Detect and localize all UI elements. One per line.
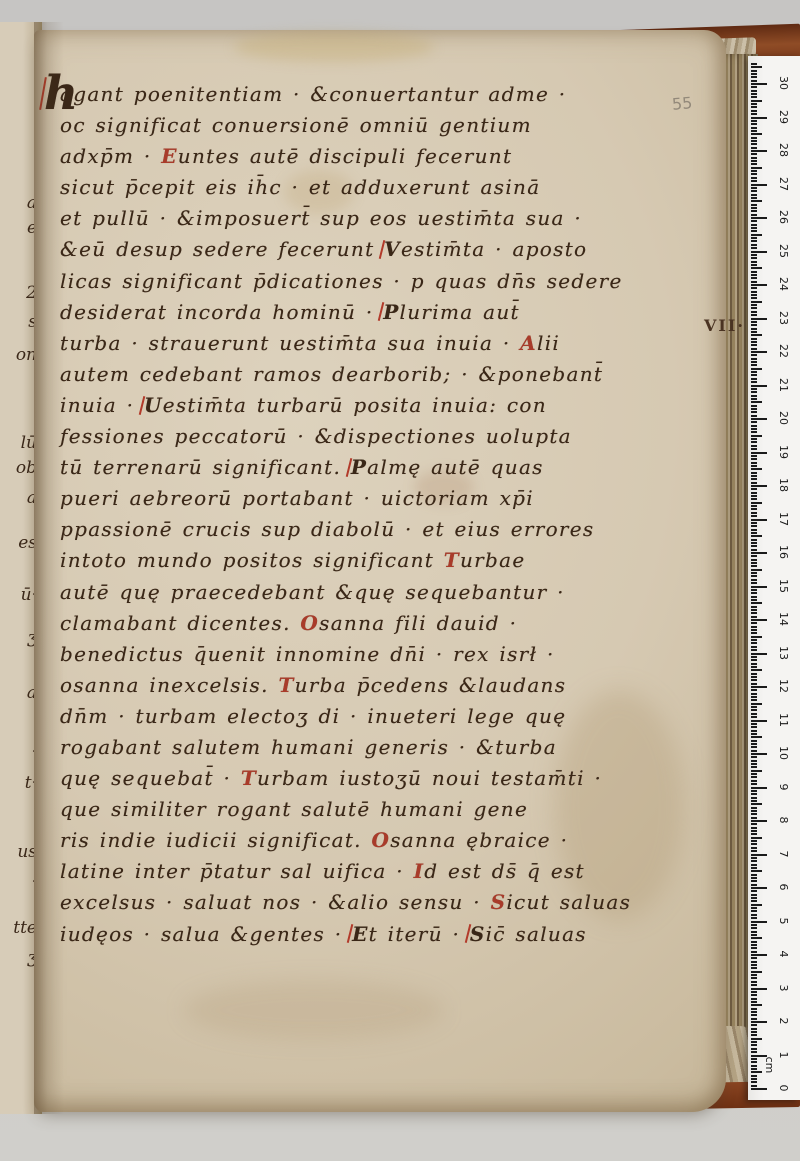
ruler-tick bbox=[751, 897, 757, 899]
ruler-tick bbox=[751, 833, 757, 835]
ruler-tick bbox=[751, 90, 757, 92]
ruler-tick bbox=[751, 693, 757, 695]
ruler-number: 6 bbox=[778, 877, 790, 897]
ruler-tick bbox=[751, 495, 757, 497]
ruler-number: 29 bbox=[778, 107, 790, 127]
ruler-tick bbox=[751, 435, 762, 437]
line-text: &eū desup sedere fecerunt bbox=[60, 237, 384, 261]
ruler-tick bbox=[751, 957, 757, 959]
ruler-tick bbox=[751, 498, 757, 500]
ruler-tick bbox=[751, 525, 757, 527]
line-text: estim̄ta turbarū posita inuia: con bbox=[163, 393, 547, 417]
ruler-tick bbox=[751, 562, 757, 564]
ruler-tick bbox=[751, 160, 757, 162]
ruler-tick bbox=[751, 730, 757, 732]
ruler-number: 8 bbox=[778, 810, 790, 830]
ruler-number: 16 bbox=[778, 542, 790, 562]
ruler-tick bbox=[751, 291, 757, 293]
line-text: osanna inexcelsis. bbox=[60, 673, 278, 697]
ruler-tick bbox=[751, 438, 757, 440]
ruler-tick bbox=[751, 726, 757, 728]
text-block: h agant poenitentiam · &conuertantur adm… bbox=[60, 79, 626, 950]
ruler-tick bbox=[751, 910, 757, 912]
ruler-tick bbox=[751, 877, 757, 879]
ruler-tick bbox=[751, 1071, 762, 1073]
ruler-tick bbox=[751, 589, 757, 591]
line-text: sanna ębraice · bbox=[390, 828, 568, 852]
ruler-tick bbox=[751, 1021, 767, 1023]
ruler-tick bbox=[751, 452, 767, 454]
ruler-tick bbox=[751, 522, 757, 524]
ruler-tick bbox=[751, 716, 757, 718]
ruler-tick bbox=[751, 880, 757, 882]
ruler-tick bbox=[751, 612, 757, 614]
manuscript-line: tū terrenarū significant. Palmę autē qua… bbox=[60, 452, 626, 483]
ruler-tick bbox=[751, 103, 757, 105]
ruler-tick bbox=[751, 967, 757, 969]
ruler-tick bbox=[751, 773, 757, 775]
ruler-tick bbox=[751, 599, 757, 601]
line-text: sicut p̄cepit eis ih̄c · et adduxerunt a… bbox=[60, 175, 540, 199]
line-text: sanna fili dauid · bbox=[319, 611, 517, 635]
line-text: et pullū · &imposuert̄ sup eos uestim̄ta… bbox=[60, 206, 582, 230]
ruler-tick bbox=[751, 465, 757, 467]
ruler-tick bbox=[751, 596, 757, 598]
ruler-tick bbox=[751, 318, 767, 320]
ruler-tick bbox=[751, 941, 757, 943]
ruler-tick bbox=[751, 472, 757, 474]
ruler-tick bbox=[751, 1001, 757, 1003]
ruler-tick bbox=[751, 907, 757, 909]
ruler-tick bbox=[751, 927, 757, 929]
ruler-tick bbox=[751, 230, 757, 232]
ruler-tick bbox=[751, 837, 762, 839]
ruler-number: 30 bbox=[778, 73, 790, 93]
ruler-tick bbox=[751, 220, 757, 222]
ruler-tick bbox=[751, 294, 757, 296]
ruler-tick bbox=[751, 93, 757, 95]
ruler-tick bbox=[751, 167, 762, 169]
ruler-tick bbox=[751, 917, 757, 919]
ruler-tick bbox=[751, 304, 757, 306]
ruler-tick bbox=[751, 428, 757, 430]
ruler-tick bbox=[751, 482, 757, 484]
manuscript-line: oc significat conuersionē omniū gentium bbox=[60, 110, 626, 141]
ruler-tick bbox=[751, 324, 757, 326]
ruler-tick bbox=[751, 642, 757, 644]
ruler-tick bbox=[751, 374, 757, 376]
ruler-tick bbox=[751, 1041, 757, 1043]
ruler-tick bbox=[751, 398, 757, 400]
manuscript-line: &eū desup sedere fecerunt Vestim̄ta · ap… bbox=[60, 234, 626, 265]
ruler-tick bbox=[751, 770, 762, 772]
ruler-number: 19 bbox=[778, 442, 790, 462]
ruler-tick bbox=[751, 1068, 757, 1070]
ruler-tick bbox=[751, 626, 757, 628]
ruler-tick bbox=[751, 870, 762, 872]
ruler-tick bbox=[751, 405, 757, 407]
ruler-tick bbox=[751, 1031, 757, 1033]
ruler-tick bbox=[751, 535, 762, 537]
line-text: oc significat conuersionē omniū gentium bbox=[60, 113, 532, 137]
ruler-tick bbox=[751, 699, 757, 701]
ruler-tick bbox=[751, 1078, 757, 1080]
ruler-tick bbox=[751, 1034, 757, 1036]
ruler-tick bbox=[751, 368, 762, 370]
ruler-number: 20 bbox=[778, 408, 790, 428]
rubricated-initial: V bbox=[384, 234, 401, 265]
ruler-tick bbox=[751, 254, 757, 256]
line-text: rogabant salutem humani generis · &turba bbox=[60, 735, 557, 759]
line-text: licas significant p̄dicationes · p quas … bbox=[60, 269, 623, 293]
line-text: ris indie iudicii significat. bbox=[60, 828, 372, 852]
ruler-tick bbox=[751, 1048, 757, 1050]
ruler-tick bbox=[751, 361, 757, 363]
ruler-tick bbox=[751, 150, 767, 152]
ruler-tick bbox=[751, 944, 757, 946]
ruler-tick bbox=[751, 857, 757, 859]
manuscript-line: clamabant dicentes. Osanna fili dauid · bbox=[60, 608, 626, 639]
rubricated-initial: U bbox=[144, 390, 163, 421]
ruler-tick bbox=[751, 63, 757, 65]
ruler-tick bbox=[751, 207, 757, 209]
ruler-tick bbox=[751, 468, 762, 470]
ruler-tick bbox=[751, 66, 762, 68]
ruler-tick bbox=[751, 803, 762, 805]
ruler-tick bbox=[751, 914, 757, 916]
ruler-tick bbox=[751, 549, 757, 551]
ruler-tick bbox=[751, 163, 757, 165]
line-text: dn̄m · turbam electoʒ di · inueteri lege… bbox=[60, 704, 566, 728]
ruler-tick bbox=[751, 676, 757, 678]
ruler-tick bbox=[751, 787, 767, 789]
line-text: quę sequebat̄ · bbox=[60, 766, 241, 790]
ruler-tick bbox=[751, 1038, 762, 1040]
ruler-tick bbox=[751, 579, 757, 581]
ruler-tick bbox=[751, 271, 757, 273]
ruler-tick bbox=[751, 458, 757, 460]
ruler-tick bbox=[751, 385, 767, 387]
ruler-tick bbox=[751, 251, 767, 253]
ruler-tick bbox=[751, 1065, 757, 1067]
manuscript-line: autem cedebant ramos dearborib; · &poneb… bbox=[60, 359, 626, 390]
ruler-tick bbox=[751, 227, 757, 229]
manuscript-line: osanna inexcelsis. Turba p̄cedens &lauda… bbox=[60, 670, 626, 701]
ruler-tick bbox=[751, 274, 757, 276]
manuscript-line: benedictus q̄uenit innomine dn̄i · rex i… bbox=[60, 639, 626, 670]
ruler-tick bbox=[751, 552, 767, 554]
ruler-tick bbox=[751, 542, 757, 544]
ruler-tick bbox=[751, 425, 757, 427]
ruler-tick bbox=[751, 555, 757, 557]
rubricated-initial: T bbox=[444, 545, 460, 576]
ruler-tick bbox=[751, 703, 762, 705]
ruler-tick bbox=[751, 1088, 767, 1090]
ruler-tick bbox=[751, 689, 757, 691]
ruler-number: 12 bbox=[778, 676, 790, 696]
ruler-number: 0 bbox=[778, 1078, 790, 1098]
ruler-tick bbox=[751, 70, 757, 72]
manuscript-line: autē quę praecedebant &quę sequebantur · bbox=[60, 577, 626, 608]
line-text: icut saluas bbox=[506, 890, 631, 914]
line-text: latine inter p̄tatur sal uifica · bbox=[60, 859, 414, 883]
line-text: autem cedebant ramos dearborib; · &poneb… bbox=[60, 362, 603, 386]
rubricated-initial: S bbox=[491, 887, 507, 918]
ruler-tick bbox=[751, 391, 757, 393]
ruler-tick bbox=[751, 971, 762, 973]
ruler-tick bbox=[751, 649, 757, 651]
manuscript-line: excelsus · saluat nos · &alio sensu · Si… bbox=[60, 887, 626, 918]
ruler-tick bbox=[751, 776, 757, 778]
ruler-tick bbox=[751, 267, 762, 269]
ruler-tick bbox=[751, 890, 757, 892]
ruler-tick bbox=[751, 780, 757, 782]
ruler-tick bbox=[751, 113, 757, 115]
ruler-tick bbox=[751, 170, 757, 172]
ruler-number: 7 bbox=[778, 844, 790, 864]
ruler-tick bbox=[751, 783, 757, 785]
manuscript-line: intoto mundo positos significant Turbae bbox=[60, 545, 626, 576]
ruler-tick bbox=[751, 133, 762, 135]
rubricated-initial: O bbox=[300, 608, 319, 639]
ruler-tick bbox=[751, 247, 757, 249]
ruler-tick bbox=[751, 431, 757, 433]
ruler-tick bbox=[751, 974, 757, 976]
manuscript-line: ppassionē crucis sup diabolū · et eius e… bbox=[60, 514, 626, 545]
ruler-number: 17 bbox=[778, 509, 790, 529]
ruler-tick bbox=[751, 884, 757, 886]
ruler-tick bbox=[751, 200, 762, 202]
ruler-number: 9 bbox=[778, 777, 790, 797]
manuscript-line: que similiter rogant salutē humani gene bbox=[60, 794, 626, 825]
ruler-tick bbox=[751, 492, 757, 494]
ruler-tick bbox=[751, 740, 757, 742]
ruler-tick bbox=[751, 760, 757, 762]
ruler-tick bbox=[751, 575, 757, 577]
line-text: untes autē discipuli fecerunt bbox=[178, 144, 513, 168]
ruler-tick bbox=[751, 1044, 757, 1046]
manuscript-line: dn̄m · turbam electoʒ di · inueteri lege… bbox=[60, 701, 626, 732]
ruler-number: 18 bbox=[778, 475, 790, 495]
ruler-tick bbox=[751, 264, 757, 266]
ruler-number: 4 bbox=[778, 944, 790, 964]
ruler-tick bbox=[751, 569, 762, 571]
line-text: ppassionē crucis sup diabolū · et eius e… bbox=[60, 517, 594, 541]
ruler-tick bbox=[751, 723, 757, 725]
ruler-tick bbox=[751, 358, 757, 360]
ruler-tick bbox=[751, 445, 757, 447]
ruler-tick bbox=[751, 257, 757, 259]
ruler-tick bbox=[751, 354, 757, 356]
ruler-tick bbox=[751, 606, 757, 608]
folio-number: 55 bbox=[671, 93, 693, 114]
line-text: lii bbox=[537, 331, 560, 355]
ruler-tick bbox=[751, 743, 757, 745]
ruler-tick bbox=[751, 462, 757, 464]
ruler-tick bbox=[751, 1058, 757, 1060]
rubricated-initial: I bbox=[414, 856, 425, 887]
line-text: inuia · bbox=[60, 393, 144, 417]
manuscript-line: agant poenitentiam · &conuertantur adme … bbox=[60, 79, 626, 110]
ruler-tick bbox=[751, 1061, 757, 1063]
ruler-tick bbox=[751, 338, 757, 340]
ruler-tick bbox=[751, 314, 757, 316]
ruler-tick bbox=[751, 234, 762, 236]
manuscript-line: sicut p̄cepit eis ih̄c · et adduxerunt a… bbox=[60, 172, 626, 203]
ruler-tick bbox=[751, 1051, 757, 1053]
ruler-number: 23 bbox=[778, 308, 790, 328]
ruler-tick bbox=[751, 120, 757, 122]
ruler-tick bbox=[751, 539, 757, 541]
ruler-number: 3 bbox=[778, 978, 790, 998]
ruler-tick bbox=[751, 981, 757, 983]
line-text: adxp̄m · bbox=[60, 144, 161, 168]
ruler-tick bbox=[751, 378, 757, 380]
ruler-tick bbox=[751, 753, 767, 755]
ruler-tick bbox=[751, 80, 757, 82]
ruler-tick bbox=[751, 441, 757, 443]
manuscript-line: quę sequebat̄ · Turbam iustoʒū noui test… bbox=[60, 763, 626, 794]
ruler-tick bbox=[751, 565, 757, 567]
ruler-tick bbox=[751, 887, 767, 889]
rubricated-initial: E bbox=[352, 919, 369, 950]
ruler-tick bbox=[751, 854, 767, 856]
ruler-tick bbox=[751, 475, 757, 477]
ruler-tick bbox=[751, 636, 762, 638]
line-text: pueri aebreorū portabant · uictoriam xp̄… bbox=[60, 486, 534, 510]
ruler-number: 28 bbox=[778, 140, 790, 160]
ruler-tick bbox=[751, 100, 762, 102]
ruler-number: 22 bbox=[778, 341, 790, 361]
ruler-tick bbox=[751, 143, 757, 145]
ruler-tick bbox=[751, 709, 757, 711]
ruler-tick bbox=[751, 505, 757, 507]
ruler-tick bbox=[751, 311, 757, 313]
ruler-tick bbox=[751, 1075, 757, 1077]
ruler-tick bbox=[751, 991, 757, 993]
rubricated-initial: P bbox=[351, 452, 367, 483]
ruler-tick bbox=[751, 502, 762, 504]
ruler-tick bbox=[751, 281, 757, 283]
ruler-number: 21 bbox=[778, 375, 790, 395]
ruler-tick bbox=[751, 961, 757, 963]
ruler-tick bbox=[751, 76, 757, 78]
ruler-number: 10 bbox=[778, 743, 790, 763]
ruler-tick bbox=[751, 653, 767, 655]
ruler-number: 25 bbox=[778, 241, 790, 261]
line-text: urba p̄cedens &laudans bbox=[295, 673, 567, 697]
ruler-number: 5 bbox=[778, 911, 790, 931]
line-text: almę autē quas bbox=[367, 455, 544, 479]
ruler-tick bbox=[751, 602, 762, 604]
line-text: que similiter rogant salutē humani gene bbox=[60, 797, 528, 821]
ruler-tick bbox=[751, 632, 757, 634]
ruler-tick bbox=[751, 810, 757, 812]
ruler-tick bbox=[751, 867, 757, 869]
ruler-tick bbox=[751, 177, 757, 179]
ruler-tick bbox=[751, 609, 757, 611]
ruler-tick bbox=[751, 998, 757, 1000]
ruler-tick bbox=[751, 706, 757, 708]
ruler-tick bbox=[751, 830, 757, 832]
ruler-tick bbox=[751, 673, 757, 675]
ruler-tick bbox=[751, 894, 757, 896]
ruler-tick bbox=[751, 934, 757, 936]
ruler-tick bbox=[751, 843, 757, 845]
ruler-tick bbox=[751, 190, 757, 192]
ruler-tick bbox=[751, 157, 757, 159]
manuscript-line: rogabant salutem humani generis · &turba bbox=[60, 732, 626, 763]
ruler-tick bbox=[751, 984, 757, 986]
ruler-tick bbox=[751, 277, 757, 279]
line-text: clamabant dicentes. bbox=[60, 611, 300, 635]
ruler-tick bbox=[751, 616, 757, 618]
ruler-tick bbox=[751, 559, 757, 561]
ruler-tick bbox=[751, 994, 757, 996]
ruler-tick bbox=[751, 823, 757, 825]
line-text: turba · strauerunt uestim̄ta sua inuia · bbox=[60, 331, 520, 355]
ruler-tick bbox=[751, 127, 757, 129]
ruler-tick bbox=[751, 532, 757, 534]
manuscript-photo: ae2sonlūobaesū·ʒa·t·us·tteʒ h agant poen… bbox=[0, 0, 800, 1161]
ruler-tick bbox=[751, 197, 757, 199]
ruler-tick bbox=[751, 240, 757, 242]
line-text: fessiones peccatorū · &dispectiones uolu… bbox=[60, 424, 572, 448]
ruler-tick bbox=[751, 766, 757, 768]
manuscript-line: inuia · Uestim̄ta turbarū posita inuia: … bbox=[60, 390, 626, 421]
ruler-number: 1 bbox=[778, 1045, 790, 1065]
ruler-tick bbox=[751, 184, 767, 186]
manuscript-line: licas significant p̄dicationes · p quas … bbox=[60, 266, 626, 297]
manuscript-line: latine inter p̄tatur sal uifica · Id est… bbox=[60, 856, 626, 887]
ruler-tick bbox=[751, 381, 757, 383]
ruler-tick bbox=[751, 106, 757, 108]
ruler-tick bbox=[751, 1085, 757, 1087]
ruler-tick bbox=[751, 331, 757, 333]
stain bbox=[184, 980, 444, 1040]
line-text: intoto mundo positos significant bbox=[60, 548, 444, 572]
line-text: iudęos · salua &gentes · bbox=[60, 922, 352, 946]
line-text: urbam iustoʒū noui testam̄ti · bbox=[257, 766, 602, 790]
ruler-tick bbox=[751, 639, 757, 641]
ruler-tick bbox=[751, 713, 757, 715]
ruler-tick bbox=[751, 800, 757, 802]
ruler-tick bbox=[751, 750, 757, 752]
ruler-tick bbox=[751, 123, 757, 125]
ruler-tick bbox=[751, 977, 757, 979]
ruler-number: 15 bbox=[778, 576, 790, 596]
ruler-tick bbox=[751, 237, 757, 239]
rubricated-initial: T bbox=[278, 670, 294, 701]
ruler-tick bbox=[751, 180, 757, 182]
ruler-tick bbox=[751, 485, 767, 487]
ruler-tick bbox=[751, 411, 757, 413]
ruler-number: 24 bbox=[778, 274, 790, 294]
ruler-tick bbox=[751, 592, 757, 594]
ruler-tick bbox=[751, 147, 757, 149]
ruler-tick bbox=[751, 117, 767, 119]
ruler-tick bbox=[751, 954, 767, 956]
ruler-tick bbox=[751, 448, 757, 450]
ruler-tick bbox=[751, 931, 757, 933]
ruler-tick bbox=[751, 850, 757, 852]
ruler-tick bbox=[751, 348, 757, 350]
ruler-tick bbox=[751, 951, 757, 953]
ruler-tick bbox=[751, 582, 757, 584]
ruler-tick bbox=[751, 371, 757, 373]
ruler-tick bbox=[751, 421, 757, 423]
stain bbox=[234, 32, 434, 62]
